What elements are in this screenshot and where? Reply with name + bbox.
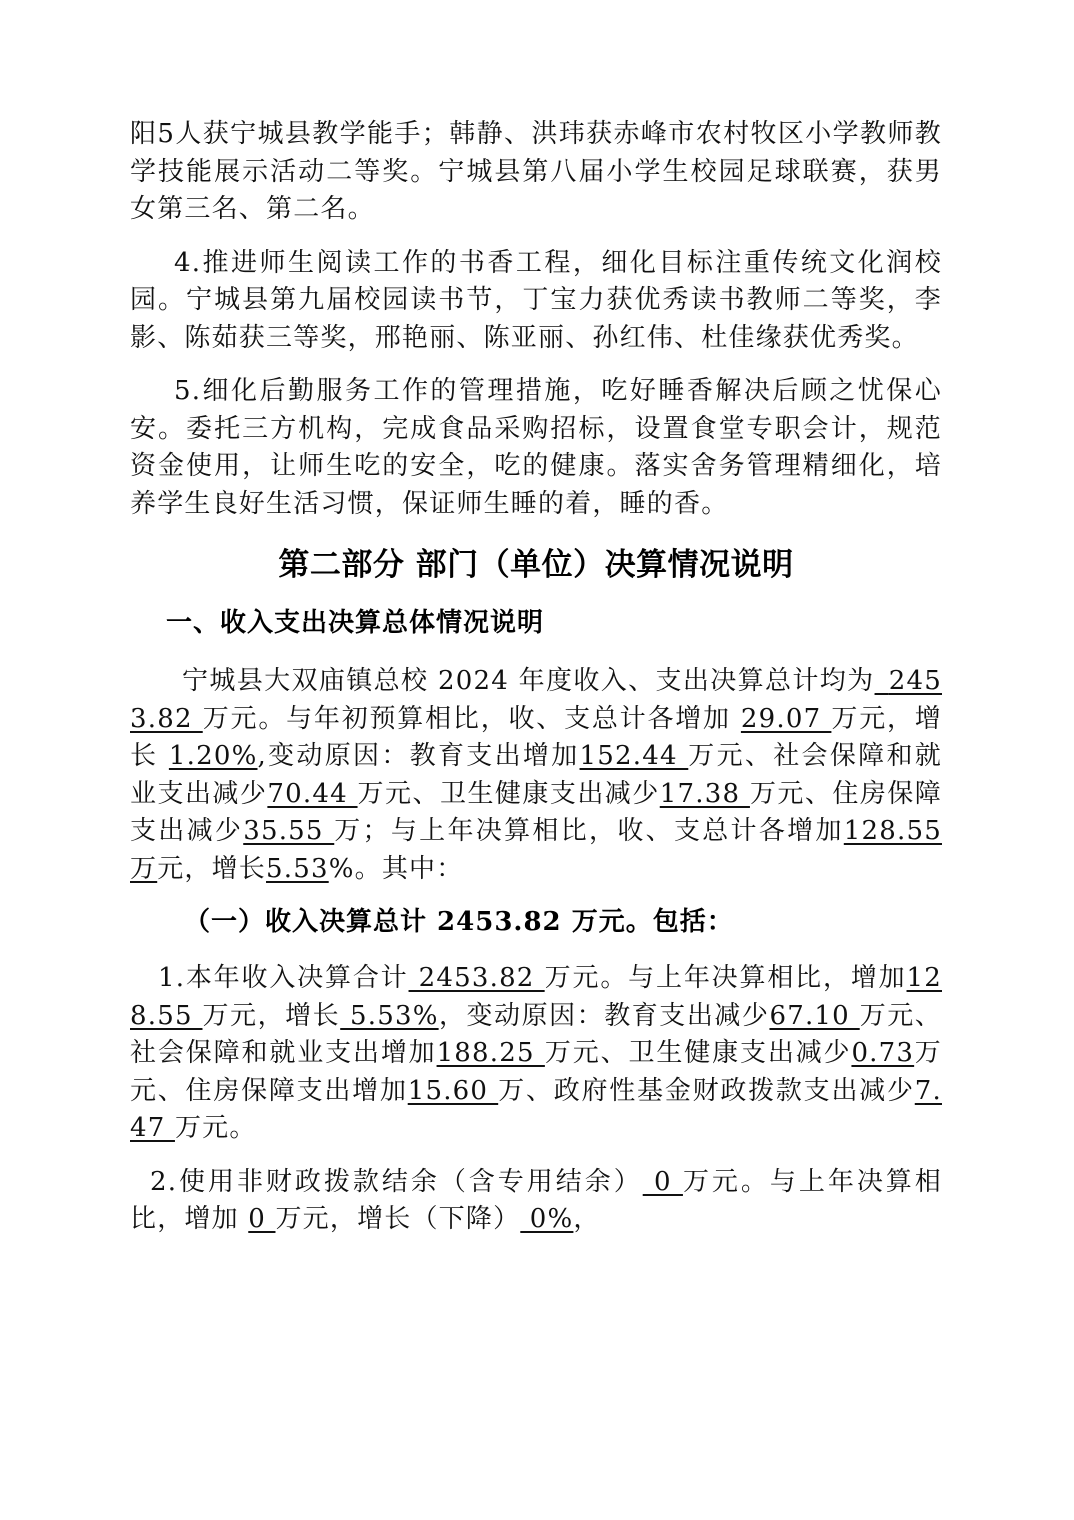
overview-text-10: %。其中： [329,854,464,884]
housing-decrease-value: 35.55 [243,816,334,846]
income-1-text-3: 万元，增长 [203,1001,341,1031]
budget-increase-value: 29.07 [741,704,832,734]
education-increase-value: 152.44 [580,741,689,771]
income-1-text-2: 万元。与上年决算相比，增加 [545,963,907,993]
non-fiscal-balance-value: 0 [643,1167,683,1197]
overview-text-4: ,变动原因：教育支出增加 [258,741,580,771]
overview-text-2: 万元。与年初预算相比，收、支总计各增加 [203,704,741,734]
income-1-text-4: ，变动原因：教育支出减少 [439,1001,770,1031]
subsection-1-title: （一）收入决算总计 2453.82 万元。包括： [184,904,942,940]
non-fiscal-growth-value: 0% [520,1204,573,1234]
income-total-value: 2453.82 [409,963,545,993]
social-decrease-value: 70.44 [267,779,357,809]
income-social-increase-value: 188.25 [437,1038,545,1068]
income-1-text-9: 万元。 [175,1113,257,1143]
income-item-2-paragraph: 2.使用非财政拨款结余（含专用结余） 0 万元。与上年决算相比，增加 0 万元，… [130,1164,942,1239]
income-housing-increase-value: 15.60 [408,1076,498,1106]
overview-paragraph: 宁城县大双庙镇总校 2024 年度收入、支出决算总计均为_2453.82 万元。… [130,663,942,888]
non-fiscal-increase-value: 0 [248,1204,275,1234]
overview-text-6: 万元、卫生健康支出减少 [358,779,660,809]
income-health-decrease-value: 0.73 [851,1038,914,1068]
continuation-paragraph: 阳5人获宁城县教学能手；韩静、洪玮获赤峰市农村牧区小学教师教学技能展示活动二等奖… [130,116,942,229]
budget-growth-value: 1.20% [169,741,258,771]
income-2-text-1: 2.使用非财政拨款结余（含专用结余） [150,1167,643,1197]
income-1-text-6: 万元、卫生健康支出减少 [545,1038,852,1068]
part-title: 第二部分 部门（单位）决算情况说明 [130,545,942,585]
income-item-1-paragraph: 1.本年收入决算合计 2453.82 万元。与上年决算相比，增加128.55 万… [130,960,942,1148]
section-1-title: 一、收入支出决算总体情况说明 [166,605,942,641]
yoy-growth-value: 5.53 [266,854,329,884]
overview-blank: _ [875,666,889,696]
document-page: 阳5人获宁城县教学能手；韩静、洪玮获赤峰市农村牧区小学教师教学技能展示活动二等奖… [130,116,942,1255]
overview-text-9: 元，增长 [157,854,266,884]
income-2-text-4: ， [573,1204,600,1234]
item-5-logistics-service: 5.细化后勤服务工作的管理措施，吃好睡香解决后顾之忧保心安。委托三方机构，完成食… [130,373,942,523]
income-growth-value: 5.53% [340,1001,438,1031]
income-1-text-8: 万、政府性基金财政拨款支出减少 [498,1076,915,1106]
income-2-text-3: 万元，增长（下降） [275,1204,520,1234]
overview-text-8: 万；与上年决算相比，收、支总计各增加 [334,816,844,846]
item-4-reading-project: 4.推进师生阅读工作的书香工程，细化目标注重传统文化润校园。宁城县第九届校园读书… [130,245,942,358]
overview-text-1: 宁城县大双庙镇总校 2024 年度收入、支出决算总计均为 [182,666,875,696]
income-1-text-1: 1.本年收入决算合计 [158,963,409,993]
income-education-decrease-value: 67.10 [769,1001,859,1031]
health-decrease-value: 17.38 [660,779,750,809]
